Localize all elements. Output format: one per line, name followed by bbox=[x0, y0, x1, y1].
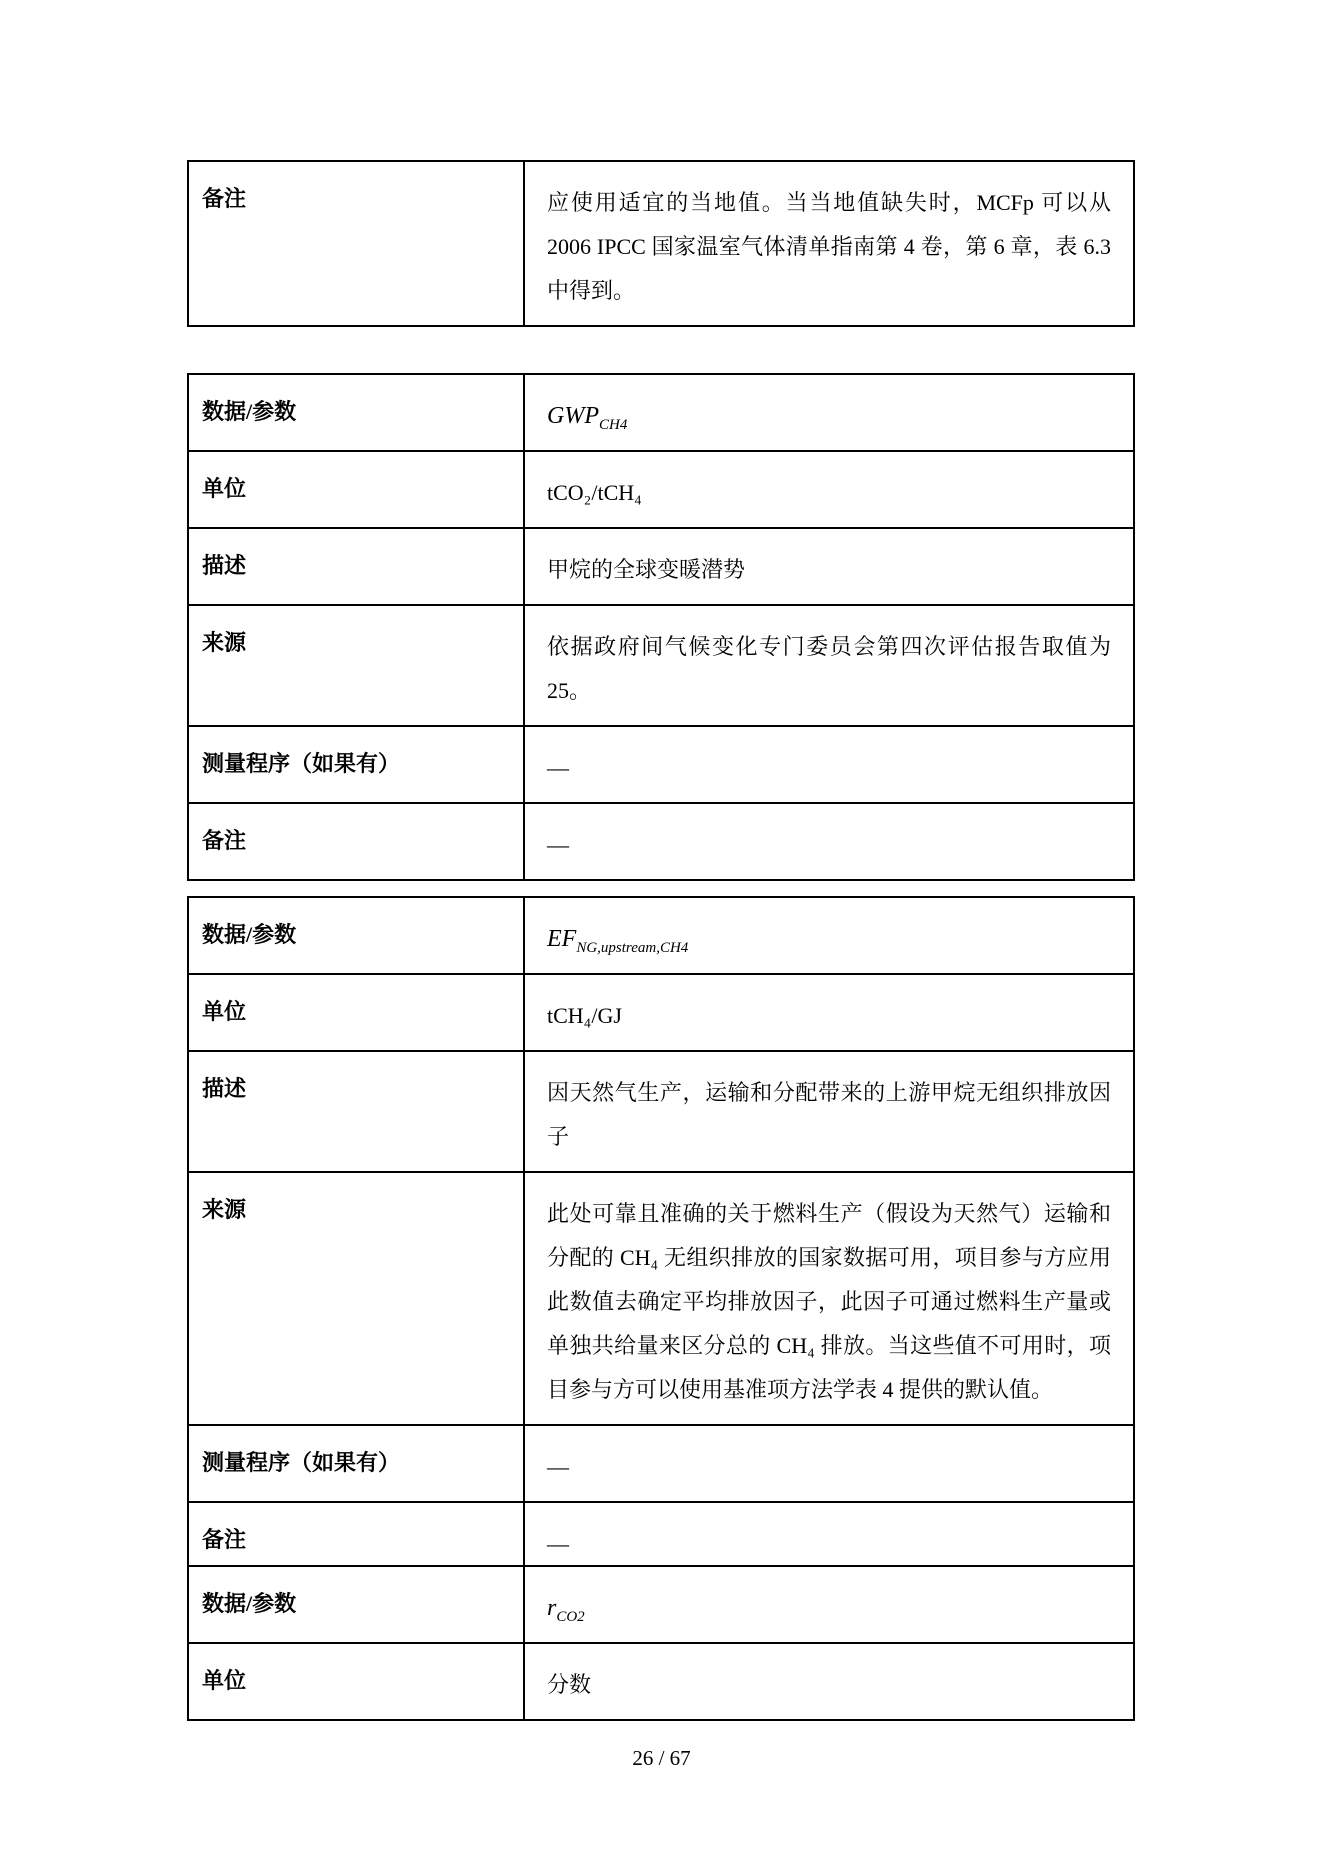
row-value: 应使用适宜的当地值。当当地值缺失时，MCFp 可以从 2006 IPCC 国家温… bbox=[525, 162, 1133, 325]
parameter-table-remark: 备注 应使用适宜的当地值。当当地值缺失时，MCFp 可以从 2006 IPCC … bbox=[187, 160, 1135, 327]
page-number: 26 / 67 bbox=[0, 1745, 1323, 1771]
table-row: 单位 分数 bbox=[189, 1642, 1133, 1719]
row-label: 单位 bbox=[189, 452, 525, 527]
table-row: 数据/参数 GWPCH4 bbox=[189, 375, 1133, 450]
parameter-table-r-co2: 数据/参数 rCO2 单位 分数 bbox=[187, 1565, 1135, 1721]
document-page: 备注 应使用适宜的当地值。当当地值缺失时，MCFp 可以从 2006 IPCC … bbox=[0, 0, 1323, 1871]
table-row: 描述 甲烷的全球变暖潜势 bbox=[189, 527, 1133, 604]
row-label: 备注 bbox=[189, 162, 525, 325]
row-value: 分数 bbox=[525, 1644, 1133, 1719]
row-value-formula: rCO2 bbox=[525, 1567, 1133, 1642]
row-value-formula: GWPCH4 bbox=[525, 375, 1133, 450]
row-value: tCO₂/tCH₄ bbox=[525, 452, 1133, 527]
table-row: 测量程序（如果有） — bbox=[189, 1424, 1133, 1501]
table-row: 数据/参数 rCO2 bbox=[189, 1567, 1133, 1642]
table-row: 来源 此处可靠且准确的关于燃料生产（假设为天然气）运输和分配的 CH₄ 无组织排… bbox=[189, 1171, 1133, 1424]
row-label: 单位 bbox=[189, 975, 525, 1050]
table-row: 测量程序（如果有） — bbox=[189, 725, 1133, 802]
formula-r: rCO2 bbox=[547, 1595, 585, 1621]
row-value: — bbox=[525, 804, 1133, 879]
row-label: 测量程序（如果有） bbox=[189, 727, 525, 802]
table-row: 备注 应使用适宜的当地值。当当地值缺失时，MCFp 可以从 2006 IPCC … bbox=[189, 162, 1133, 325]
row-label: 描述 bbox=[189, 1052, 525, 1171]
row-label: 备注 bbox=[189, 804, 525, 879]
row-value: tCH₄/GJ bbox=[525, 975, 1133, 1050]
table-row: 备注 — bbox=[189, 802, 1133, 879]
row-value: 依据政府间气候变化专门委员会第四次评估报告取值为 25。 bbox=[525, 606, 1133, 725]
formula-ef: EFNG,upstream,CH4 bbox=[547, 926, 688, 952]
row-label: 数据/参数 bbox=[189, 1567, 525, 1642]
row-label: 单位 bbox=[189, 1644, 525, 1719]
table-row: 单位 tCO₂/tCH₄ bbox=[189, 450, 1133, 527]
table-row: 来源 依据政府间气候变化专门委员会第四次评估报告取值为 25。 bbox=[189, 604, 1133, 725]
table-row: 数据/参数 EFNG,upstream,CH4 bbox=[189, 898, 1133, 973]
row-label: 来源 bbox=[189, 606, 525, 725]
row-value-formula: EFNG,upstream,CH4 bbox=[525, 898, 1133, 973]
row-label: 数据/参数 bbox=[189, 375, 525, 450]
parameter-table-gwp-ch4: 数据/参数 GWPCH4 单位 tCO₂/tCH₄ 描述 甲烷的全球变暖潜势 来… bbox=[187, 373, 1135, 881]
row-label: 测量程序（如果有） bbox=[189, 1426, 525, 1501]
row-label: 描述 bbox=[189, 529, 525, 604]
parameter-table-ef-ng-upstream-ch4: 数据/参数 EFNG,upstream,CH4 单位 tCH₄/GJ 描述 因天… bbox=[187, 896, 1135, 1580]
row-value: 因天然气生产，运输和分配带来的上游甲烷无组织排放因子 bbox=[525, 1052, 1133, 1171]
table-row: 单位 tCH₄/GJ bbox=[189, 973, 1133, 1050]
formula-gwp: GWPCH4 bbox=[547, 403, 627, 429]
table-row: 描述 因天然气生产，运输和分配带来的上游甲烷无组织排放因子 bbox=[189, 1050, 1133, 1171]
row-value: 此处可靠且准确的关于燃料生产（假设为天然气）运输和分配的 CH₄ 无组织排放的国… bbox=[525, 1173, 1133, 1424]
row-label: 来源 bbox=[189, 1173, 525, 1424]
row-value: 甲烷的全球变暖潜势 bbox=[525, 529, 1133, 604]
row-value: — bbox=[525, 1426, 1133, 1501]
row-label: 数据/参数 bbox=[189, 898, 525, 973]
row-value: — bbox=[525, 727, 1133, 802]
